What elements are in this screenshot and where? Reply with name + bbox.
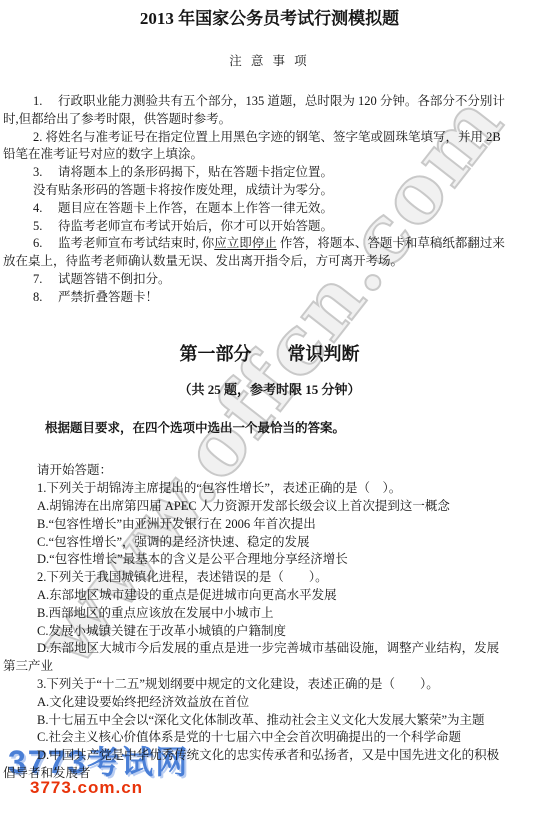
question-option-b: B.十七届五中全会以“深化文化体制改革、推动社会主义文化大发展大繁荣”为主题 <box>3 712 536 730</box>
question-2: 2.下列关于我国城镇化进程，表述错误的是（ ）。 A.东部地区城市建设的重点是促… <box>3 569 536 676</box>
document-content: 2013 年国家公务员考试行测模拟题 注 意 事 项 1. 行政职业能力测验共有… <box>3 5 536 783</box>
question-option-a: A.文化建设要始终把经济效益放在首位 <box>3 694 536 712</box>
question-option-b: B.西部地区的重点应该放在发展中小城市上 <box>3 605 536 623</box>
notice-item-2: 2. 将姓名与准考证号在指定位置上用黑色字迹的钢笔、签字笔或圆珠笔填写，并用 2… <box>3 129 536 165</box>
question-stem: 3.下列关于“十二五”规划纲要中规定的文化建设，表述正确的是（ ）。 <box>3 676 536 694</box>
notice-item-6: 6. 监考老师宣布考试结束时, 你应立即停止 作答，将题本、答题卡和草稿纸都翻过… <box>3 235 536 271</box>
question-option-c: C.社会主义核心价值体系是党的十七届六中全会首次明确提出的一个科学命题 <box>3 729 536 747</box>
question-3: 3.下列关于“十二五”规划纲要中规定的文化建设，表述正确的是（ ）。 A.文化建… <box>3 676 536 783</box>
section-subtitle: （共 25 题，参考时限 15 分钟） <box>3 381 536 399</box>
question-option-a: A.胡锦涛在出席第四届 APEC 人力资源开发部长级会议上首次提到这一概念 <box>3 498 536 516</box>
question-option-d: D.“包容性增长”最基本的含义是公平合理地分享经济增长 <box>3 551 536 569</box>
notice-item-8: 8. 严禁折叠答题卡！ <box>3 289 536 307</box>
section-title: 第一部分 常识判断 <box>3 343 536 366</box>
start-answering-label: 请开始答题： <box>3 462 536 480</box>
notice-item-1: 1. 行政职业能力测验共有五个部分，135 道题，总时限为 120 分钟。各部分… <box>3 93 536 129</box>
notice-item-6-underline: 应立即停止 <box>214 236 277 250</box>
question-option-d: D.中国共产党是中华优秀传统文化的忠实传承者和弘扬者，又是中国先进文化的积极 倡… <box>3 747 536 783</box>
question-option-a: A.东部地区城市建设的重点是促进城市向更高水平发展 <box>3 587 536 605</box>
question-option-c: C.“包容性增长”，强调的是经济快速、稳定的发展 <box>3 534 536 552</box>
section-rubric: 根据题目要求，在四个选项中选出一个最恰当的答案。 <box>3 420 536 438</box>
question-option-d: D.东部地区大城市今后发展的重点是进一步完善城市基础设施，调整产业结构，发展 第… <box>3 640 536 676</box>
question-option-b: B.“包容性增长”由亚洲开发银行在 2006 年首次提出 <box>3 516 536 534</box>
notice-heading: 注 意 事 项 <box>3 53 536 70</box>
question-stem: 2.下列关于我国城镇化进程，表述错误的是（ ）。 <box>3 569 536 587</box>
notice-item-6-pre: 6. 监考老师宣布考试结束时, 你 <box>33 236 214 250</box>
notice-item-4: 4. 题目应在答题卡上作答，在题本上作答一律无效。 <box>3 200 536 218</box>
page-title: 2013 年国家公务员考试行测模拟题 <box>3 5 536 30</box>
notice-item-5: 5. 待监考老师宣布考试开始后，你才可以开始答题。 <box>3 218 536 236</box>
notice-item-7: 7. 试题答错不倒扣分。 <box>3 271 536 289</box>
notice-list: 1. 行政职业能力测验共有五个部分，135 道题，总时限为 120 分钟。各部分… <box>3 93 536 307</box>
notice-item-3: 3. 请将题本上的条形码揭下，贴在答题卡指定位置。 <box>3 164 536 182</box>
question-1: 1.下列关于胡锦涛主席提出的“包容性增长”，表述正确的是（ ）。 A.胡锦涛在出… <box>3 480 536 569</box>
exam-paper-page: www.offcn.com 3773考试网 3773.com.cn 2013 年… <box>0 0 550 813</box>
question-stem: 1.下列关于胡锦涛主席提出的“包容性增长”，表述正确的是（ ）。 <box>3 480 536 498</box>
question-option-c: C.发展小城镇关键在于改革小城镇的户籍制度 <box>3 623 536 641</box>
notice-item-3-note: 没有贴条形码的答题卡将按作废处理，成绩计为零分。 <box>3 182 536 200</box>
